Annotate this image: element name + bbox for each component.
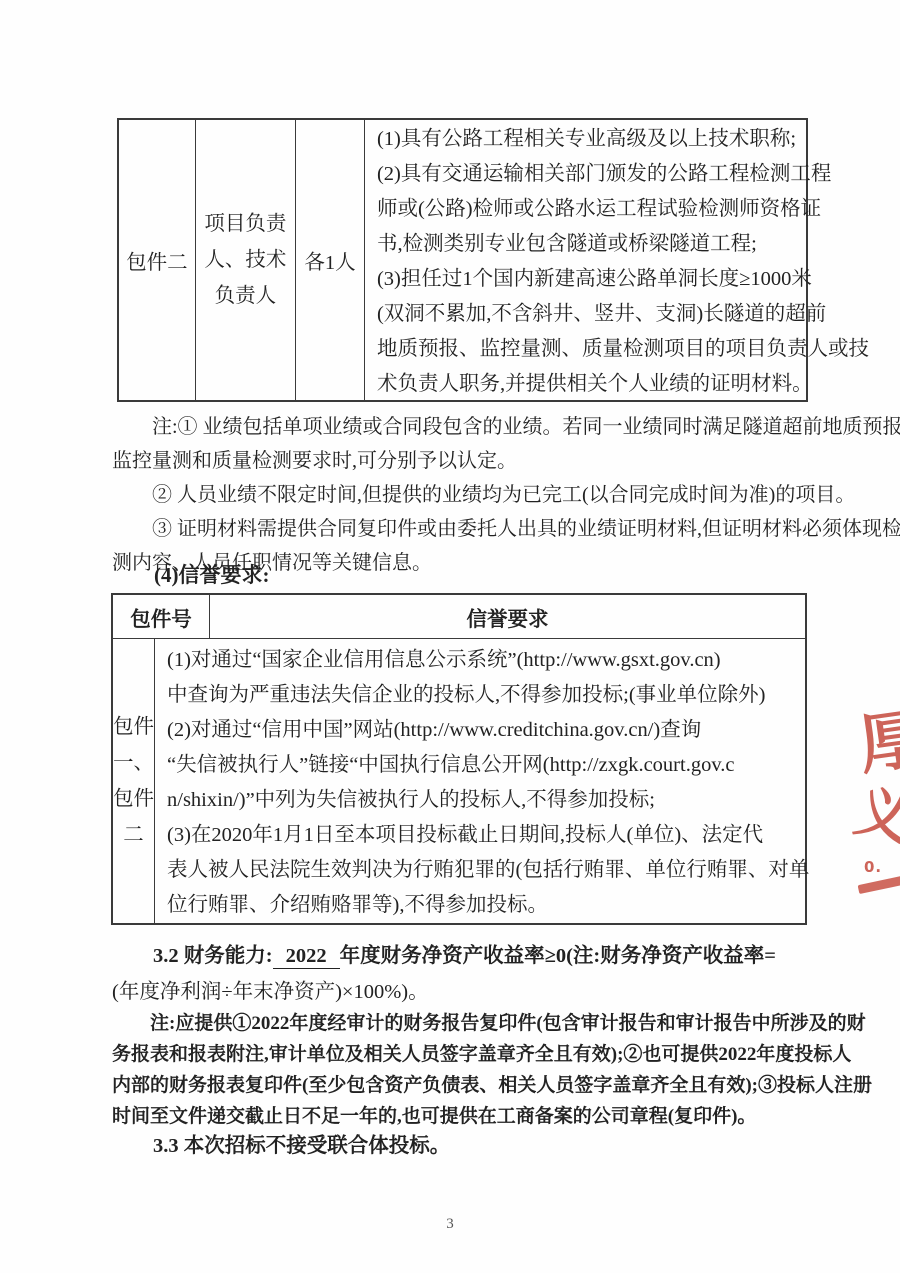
credit-table: 包件号 信誉要求 包件一、包件二 (1)对通过“国家企业信用信息公示系统”(ht… [111,593,807,925]
role-line: 项目负责 [204,206,286,242]
requirement-line: 书,检测类别专业包含隧道或桥梁隧道工程; [377,227,806,262]
financial-note-line: 内部的财务报表复印件(至少包含资产负债表、相关人员签字盖章齐全且有效);③投标人… [112,1070,818,1101]
requirement-line: 师或(公路)检师或公路水运工程试验检测师资格证 [377,192,806,227]
note-line: 监控量测和质量检测要求时,可分别予以认定。 [112,444,812,478]
package-cell: 包件二 [119,120,196,400]
credit-line: 中查询为严重违法失信企业的投标人,不得参加投标;(事业单位除外) [167,678,809,713]
credit-line: 表人被人民法院生效判决为行贿犯罪的(包括行贿罪、单位行贿罪、对单 [167,853,809,888]
package-line: 包件二 [113,781,154,853]
credit-table-header: 包件号 信誉要求 [113,595,805,639]
credit-line: (3)在2020年1月1日至本项目投标截止日期间,投标人(单位)、法定代 [167,818,809,853]
role-line: 负责人 [215,278,277,314]
requirement-line: (双洞不累加,不含斜井、竖井、支洞)长隧道的超前 [377,297,806,332]
requirement-line: (1)具有公路工程相关专业高级及以上技术职称; [377,122,806,157]
financial-line-1: 3.2 财务能力:2022年度财务净资产收益率≥0(注:财务净资产收益率= [112,938,812,974]
credit-requirements-heading: (4)信誉要求: [112,560,812,590]
financial-line-2: (年度净利润÷年末净资产)×100%)。 [112,974,812,1010]
role-cell: 项目负责人、技术负责人 [196,120,296,400]
stamp-stroke-icon [858,875,900,894]
credit-table-body: 包件一、包件二 (1)对通过“国家企业信用信息公示系统”(http://www.… [113,639,805,923]
section-3-2-financial: 3.2 财务能力:2022年度财务净资产收益率≥0(注:财务净资产收益率= (年… [112,938,812,1010]
note-line: 注:① 业绩包括单项业绩或合同段包含的业绩。若同一业绩同时满足隧道超前地质预报、 [112,410,812,444]
header-package-no: 包件号 [113,595,210,638]
quantity-label: 各1人 [304,245,355,275]
year-underlined: 2022 [273,945,340,969]
page-number: 3 [0,1216,900,1233]
requirement-line: (2)具有交通运输相关部门颁发的公路工程检测工程 [377,157,806,192]
package-label: 包件二 [126,245,188,275]
credit-line: n/shixin/)”中列为失信被执行人的投标人,不得参加投标; [167,783,809,818]
credit-line: (1)对通过“国家企业信用信息公示系统”(http://www.gsxt.gov… [167,643,809,678]
financial-requirement: 年度财务净资产收益率≥0(注:财务净资产收益率= [340,945,776,967]
financial-note: 注:应提供①2022年度经审计的财务报告复印件(包含审计报告和审计报告中所涉及的… [112,1008,818,1132]
credit-line: “失信被执行人”链接“中国执行信息公开网(http://zxgk.court.g… [167,748,809,783]
credit-package-cell: 包件一、包件二 [113,639,155,923]
header-credit-req-label: 信誉要求 [467,602,549,632]
credit-line: (2)对通过“信用中国”网站(http://www.creditchina.go… [167,713,809,748]
quantity-cell: 各1人 [296,120,365,400]
requirement-line: 地质预报、监控量测、质量检测项目的项目负责人或技 [377,332,806,367]
requirements-cell: (1)具有公路工程相关专业高级及以上技术职称;(2)具有交通运输相关部门颁发的公… [365,120,806,400]
financial-note-line: 注:应提供①2022年度经审计的财务报告复印件(包含审计报告和审计报告中所涉及的… [112,1008,818,1039]
stamp-fragment-icon: 0. [864,858,882,876]
role-line: 人、技术 [204,242,286,278]
package-line: 包件一、 [113,709,154,781]
stamp-fragments: 厚 义 0. [840,680,900,910]
requirement-line: (3)担任过1个国内新建高速公路单洞长度≥1000米 [377,262,806,297]
document-page: 包件二 项目负责人、技术负责人 各1人 (1)具有公路工程相关专业高级及以上技术… [0,0,900,1273]
note-line: ② 人员业绩不限定时间,但提供的业绩均为已完工(以合同完成时间为准)的项目。 [112,478,812,512]
requirement-line: 术负责人职务,并提供相关个人业绩的证明材料。 [377,367,806,402]
header-package-no-label: 包件号 [130,602,192,632]
credit-requirements-cell: (1)对通过“国家企业信用信息公示系统”(http://www.gsxt.gov… [155,639,809,923]
note-line: ③ 证明材料需提供合同复印件或由委托人出具的业绩证明材料,但证明材料必须体现检 [112,512,812,546]
section-3-3-consortium: 3.3 本次招标不接受联合体投标。 [112,1131,812,1161]
credit-line: 位行贿罪、介绍贿赂罪等),不得参加投标。 [167,888,809,923]
performance-notes: 注:① 业绩包括单项业绩或合同段包含的业绩。若同一业绩同时满足隧道超前地质预报、… [112,410,812,580]
qualification-table: 包件二 项目负责人、技术负责人 各1人 (1)具有公路工程相关专业高级及以上技术… [117,118,808,402]
header-credit-req: 信誉要求 [210,595,805,638]
stamp-fragment-icon: 义 [848,767,900,857]
financial-note-line: 务报表和报表附注,审计单位及相关人员签字盖章齐全且有效);②也可提供2022年度… [112,1039,818,1070]
financial-note-line: 时间至文件递交截止日不足一年的,也可提供在工商备案的公司章程(复印件)。 [112,1101,818,1132]
financial-label: 3.2 财务能力: [153,945,273,967]
